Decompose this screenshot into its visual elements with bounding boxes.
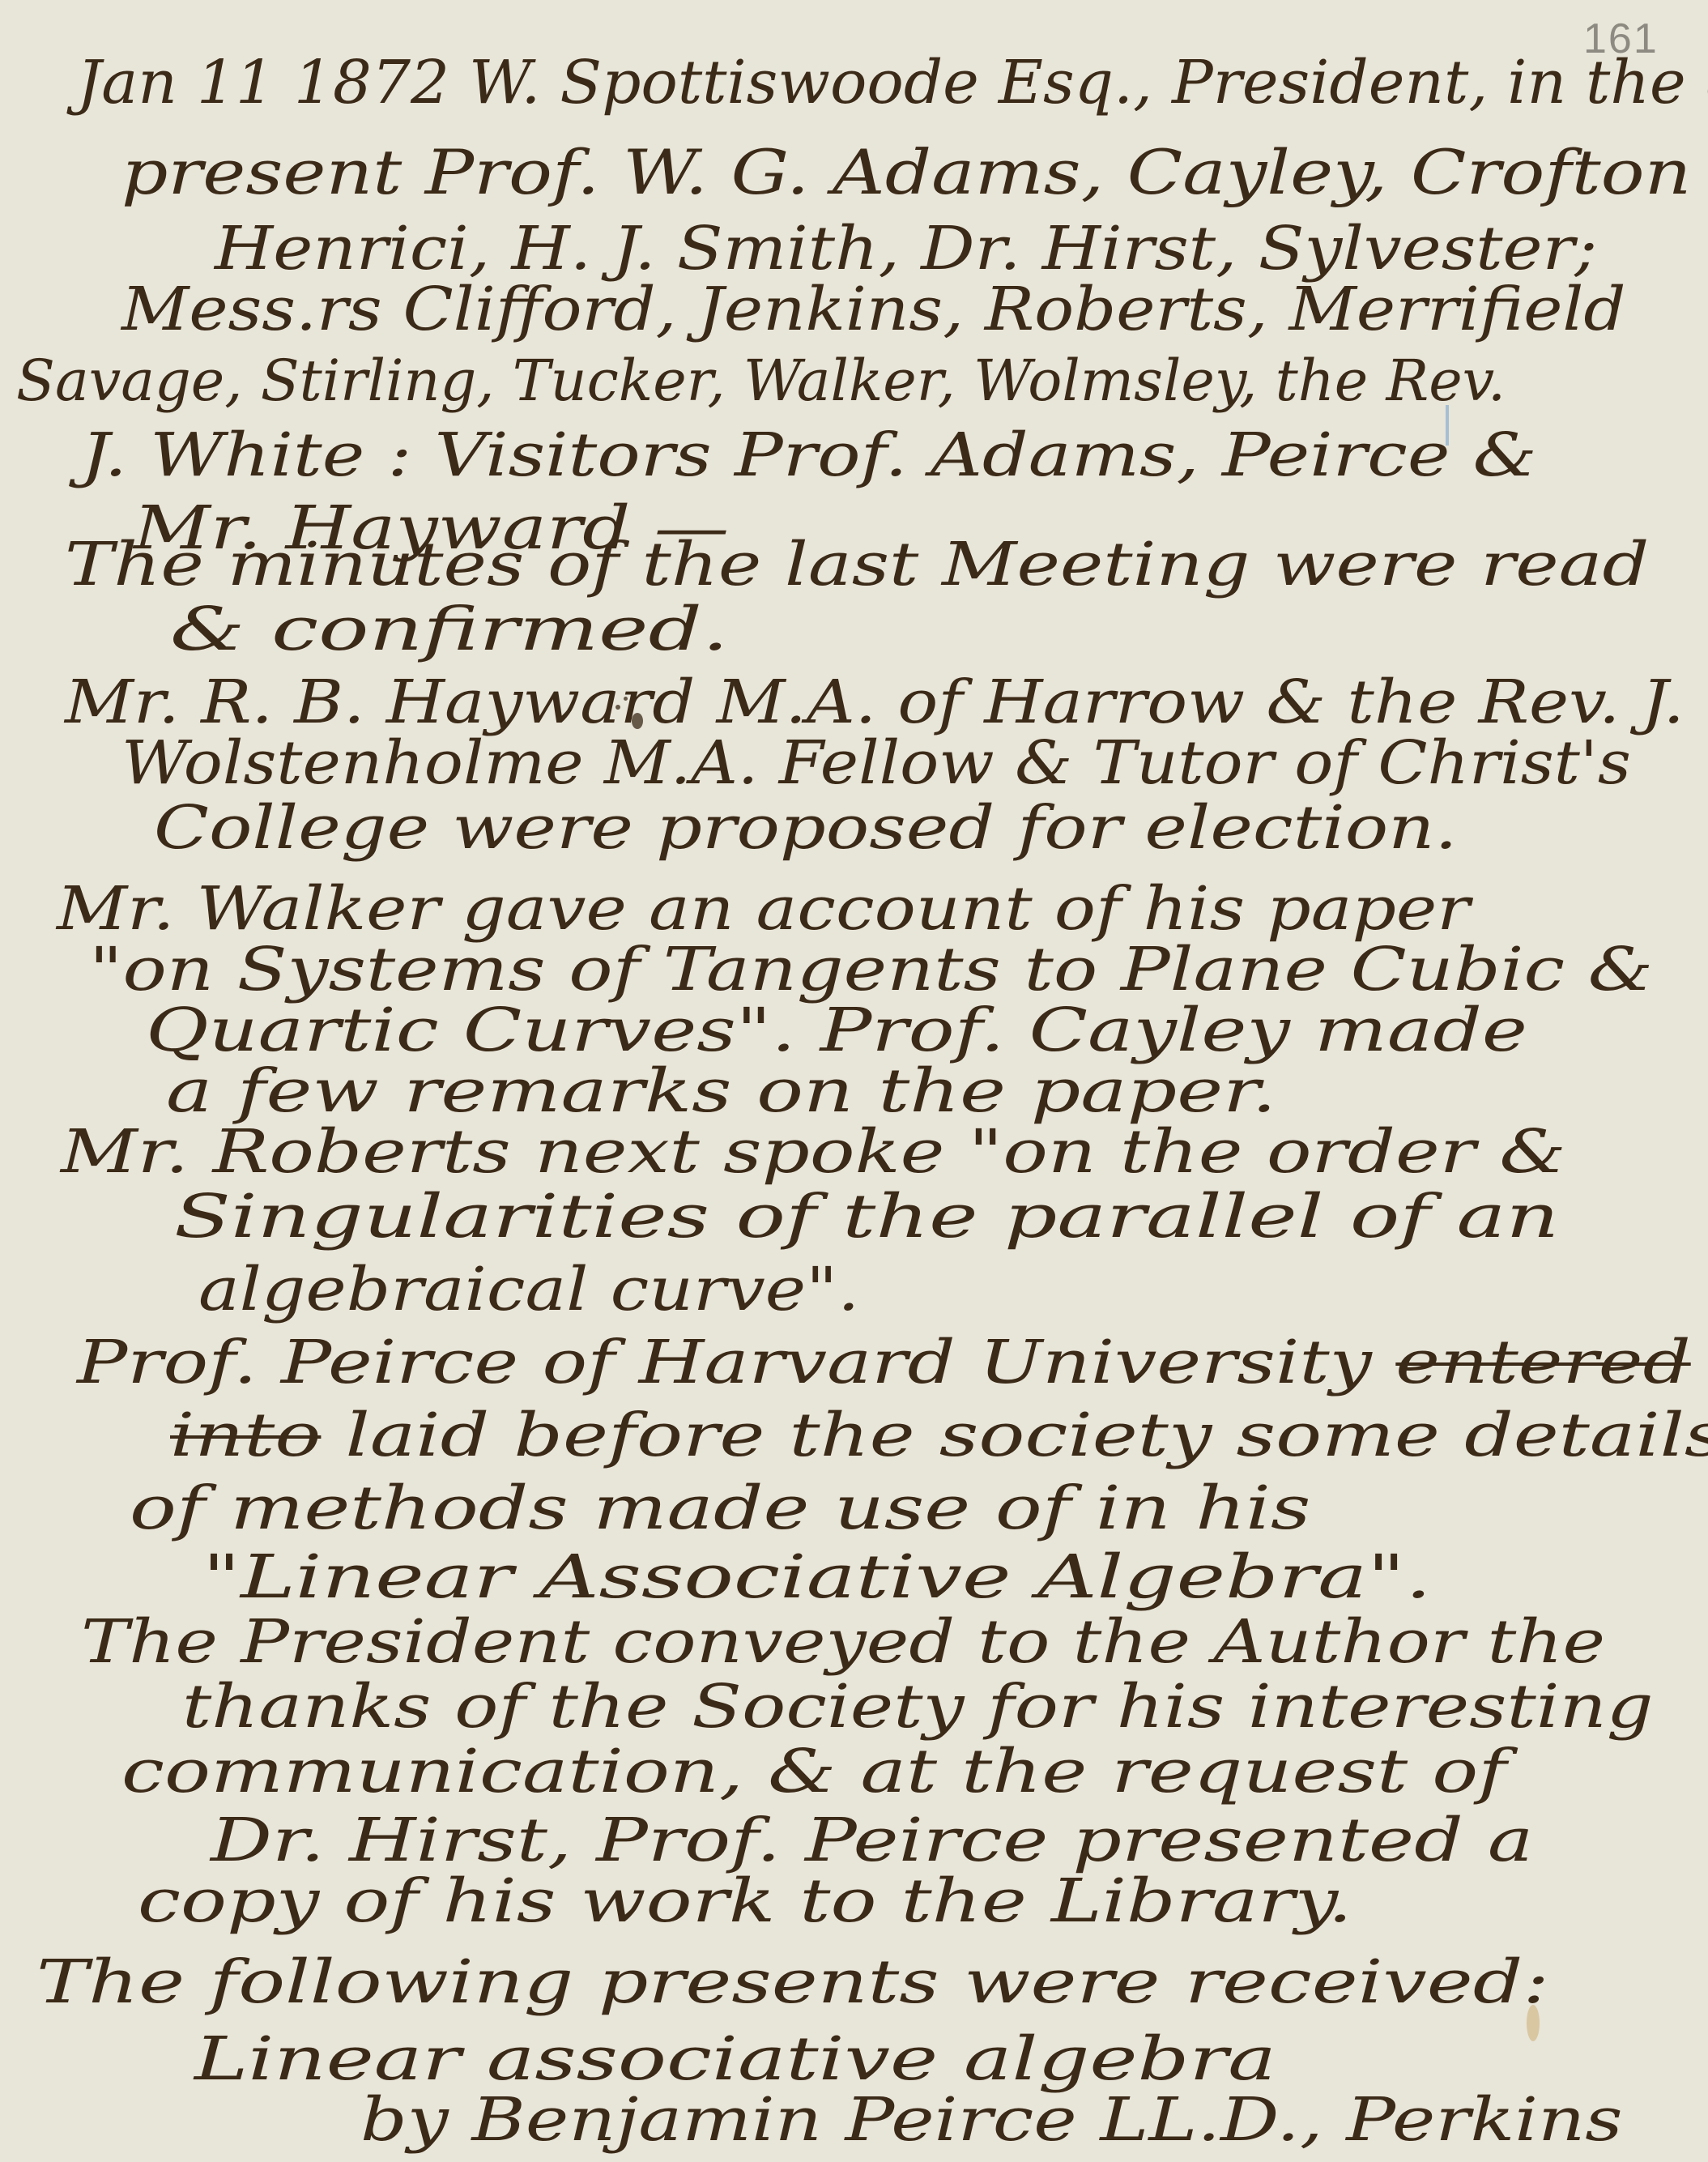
line-president-1: The President conveyed to the Author the [81, 1612, 1605, 1672]
line-peirce-1: Prof. Peirce of Harvard University enter… [77, 1333, 1691, 1392]
line-presents-2: Linear associative algebra [194, 2029, 1276, 2089]
line-roberts-3: algebraical curve". [198, 1260, 859, 1320]
line-present: present Prof. W. G. Adams, Cayley, Croft… [121, 142, 1691, 203]
struck-word-2: into [170, 1401, 321, 1470]
peirce-text: Prof. Peirce of Harvard University [77, 1328, 1372, 1397]
line-presents-3: by Benjamin Peirce LL.D., Perkins [360, 2090, 1623, 2150]
line-proposed-1: Mr. R. B. Hayward M.A. of Harrow & the R… [65, 672, 1685, 732]
line-date-chair: Jan 11 1872 W. Spottiswoode Esq., Presid… [77, 53, 1708, 113]
line-president-3: communication, & at the request of [121, 1742, 1506, 1802]
struck-word: entered [1395, 1328, 1690, 1397]
line-members-1: Henrici, H. J. Smith, Dr. Hirst, Sylvest… [215, 219, 1597, 279]
line-proposed-3: College were proposed for election. [154, 798, 1458, 858]
line-walker-4: a few remarks on the paper. [166, 1061, 1276, 1121]
line-proposed-2: Wolstenholme M.A. Fellow & Tutor of Chri… [121, 733, 1631, 793]
line-peirce-3: of methods made use of in his [130, 1478, 1310, 1538]
line-members-3: Savage, Stirling, Tucker, Walker, Wolmsl… [16, 352, 1506, 409]
line-minutes: The minutes of the last Meeting were rea… [65, 535, 1649, 595]
ink-blot [615, 705, 620, 710]
visitors-text: J. White : Visitors Prof. Adams, Peirce … [81, 420, 1537, 490]
line-peirce-2: into laid before the society some detail… [170, 1405, 1708, 1465]
line-roberts-2: Singularities of the parallel of an [174, 1187, 1559, 1247]
line-confirmed: & confirmed. [170, 599, 729, 659]
line-presents-1: The following presents were received: [36, 1952, 1549, 2012]
line-members-2: Mess.rs Clifford, Jenkins, Roberts, Merr… [121, 279, 1626, 339]
line-walker-2: "on Systems of Tangents to Plane Cubic & [89, 940, 1653, 1000]
line-president-4: Dr. Hirst, Prof. Peirce presented a [211, 1810, 1533, 1870]
peirce-text-2: laid before the society some details [346, 1401, 1708, 1470]
line-president-2: thanks of the Society for his interestin… [182, 1677, 1654, 1737]
line-visitors: J. White : Visitors Prof. Adams, Peirce … [81, 425, 1537, 485]
ink-blot [624, 697, 628, 701]
line-walker-1: Mr. Walker gave an account of his paper [57, 879, 1470, 939]
line-roberts-1: Mr. Roberts next spoke "on the order & [61, 1122, 1566, 1182]
ink-blot [632, 713, 643, 729]
line-president-5: copy of his work to the Library. [138, 1871, 1352, 1931]
line-peirce-4: "Linear Associative Algebra". [202, 1547, 1432, 1607]
manuscript-page: 161 Jan 11 1872 W. Spottiswoode Esq., Pr… [0, 0, 1708, 2162]
line-walker-3: Quartic Curves". Prof. Cayley made [146, 1000, 1527, 1060]
paper-stain [1527, 2005, 1540, 2041]
blue-pencil-mark [1446, 405, 1449, 446]
